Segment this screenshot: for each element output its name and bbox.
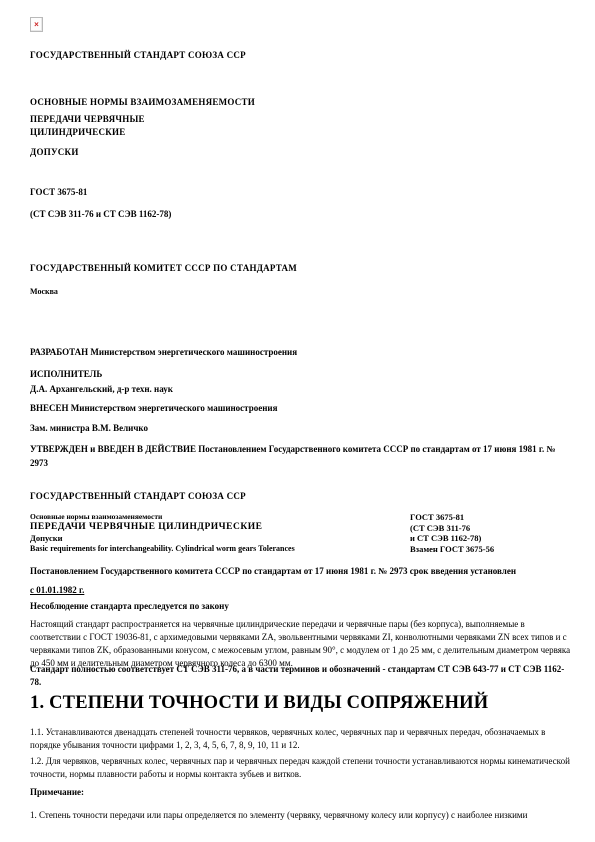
title-block-sev-ref-line1: (СТ СЭВ 311-76 [410, 523, 575, 534]
approval-deputy-minister: Зам. министра В.М. Величко [30, 423, 148, 434]
title-block-replaces: Взамен ГОСТ 3675-56 [410, 544, 575, 555]
broken-image-icon: × [30, 17, 43, 32]
masthead-tolerances-title: ДОПУСКИ [30, 147, 79, 158]
approval-approved: УТВЕРЖДЕН и ВВЕДЕН В ДЕЙСТВИЕ Постановле… [30, 442, 567, 470]
title-block-title-en: Basic requirements for interchangeabilit… [30, 543, 410, 554]
section1-note-1: 1. Степень точности передачи или пары оп… [30, 809, 573, 822]
approval-executor-label: ИСПОЛНИТЕЛЬ [30, 369, 102, 380]
masthead-committee: ГОСУДАРСТВЕННЫЙ КОМИТЕТ СССР ПО СТАНДАРТ… [30, 263, 297, 274]
title-block-category: Основные нормы взаимозаменяемости [30, 512, 410, 522]
title-block-sev-ref-line2: и СТ СЭВ 1162-78) [410, 533, 575, 544]
title-block-left-column: Основные нормы взаимозаменяемости ПЕРЕДА… [30, 512, 410, 554]
masthead-standard-title: ГОСУДАРСТВЕННЫЙ СТАНДАРТ СОЮЗА ССР [30, 50, 246, 61]
approval-executor: Д.А. Архангельский, д-р техн. наук [30, 384, 173, 395]
section1-clause-1-2: 1.2. Для червяков, червячных колес, черв… [30, 755, 573, 781]
masthead-st-sev-refs: (СТ СЭВ 311-76 и СТ СЭВ 1162-78) [30, 209, 171, 220]
broken-image-x-glyph: × [34, 21, 39, 29]
section1-clause-1-1: 1.1. Устанавливаются двенадцать степеней… [30, 726, 573, 752]
title-block-right-column: ГОСТ 3675-81 (СТ СЭВ 311-76 и СТ СЭВ 116… [410, 512, 575, 554]
enactment-law-notice: Несоблюдение стандарта преследуется по з… [30, 601, 229, 612]
approval-developed: РАЗРАБОТАН Министерством энергетического… [30, 347, 297, 358]
masthead-subject-line1: ПЕРЕДАЧИ ЧЕРВЯЧНЫЕ [30, 114, 145, 125]
enactment-effective-date: с 01.01.1982 г. [30, 585, 84, 596]
approval-submitted: ВНЕСЕН Министерством энергетического маш… [30, 403, 277, 414]
title-block-title-ru: ПЕРЕДАЧИ ЧЕРВЯЧНЫЕ ЦИЛИНДРИЧЕСКИЕ [30, 522, 410, 533]
masthead-norms-title: ОСНОВНЫЕ НОРМЫ ВЗАИМОЗАМЕНЯЕМОСТИ [30, 97, 255, 108]
masthead-subject-line2: ЦИЛИНДРИЧЕСКИЕ [30, 127, 126, 138]
title-block: Основные нормы взаимозаменяемости ПЕРЕДА… [30, 512, 575, 554]
compliance-paragraph: Стандарт полностью соответствует СТ СЭВ … [30, 663, 573, 689]
section1-heading: 1. СТЕПЕНИ ТОЧНОСТИ И ВИДЫ СОПРЯЖЕНИЙ [30, 692, 488, 714]
section1-note-label: Примечание: [30, 787, 84, 798]
title-block-header: ГОСУДАРСТВЕННЫЙ СТАНДАРТ СОЮЗА ССР [30, 491, 246, 502]
masthead-gost-number: ГОСТ 3675-81 [30, 187, 87, 198]
title-block-subtitle-ru: Допуски [30, 533, 410, 543]
enactment-decree: Постановлением Государственного комитета… [30, 564, 573, 578]
masthead-city: Москва [30, 287, 58, 297]
document-page: × ГОСУДАРСТВЕННЫЙ СТАНДАРТ СОЮЗА ССР ОСН… [0, 0, 595, 842]
title-block-designation: ГОСТ 3675-81 [410, 512, 575, 523]
